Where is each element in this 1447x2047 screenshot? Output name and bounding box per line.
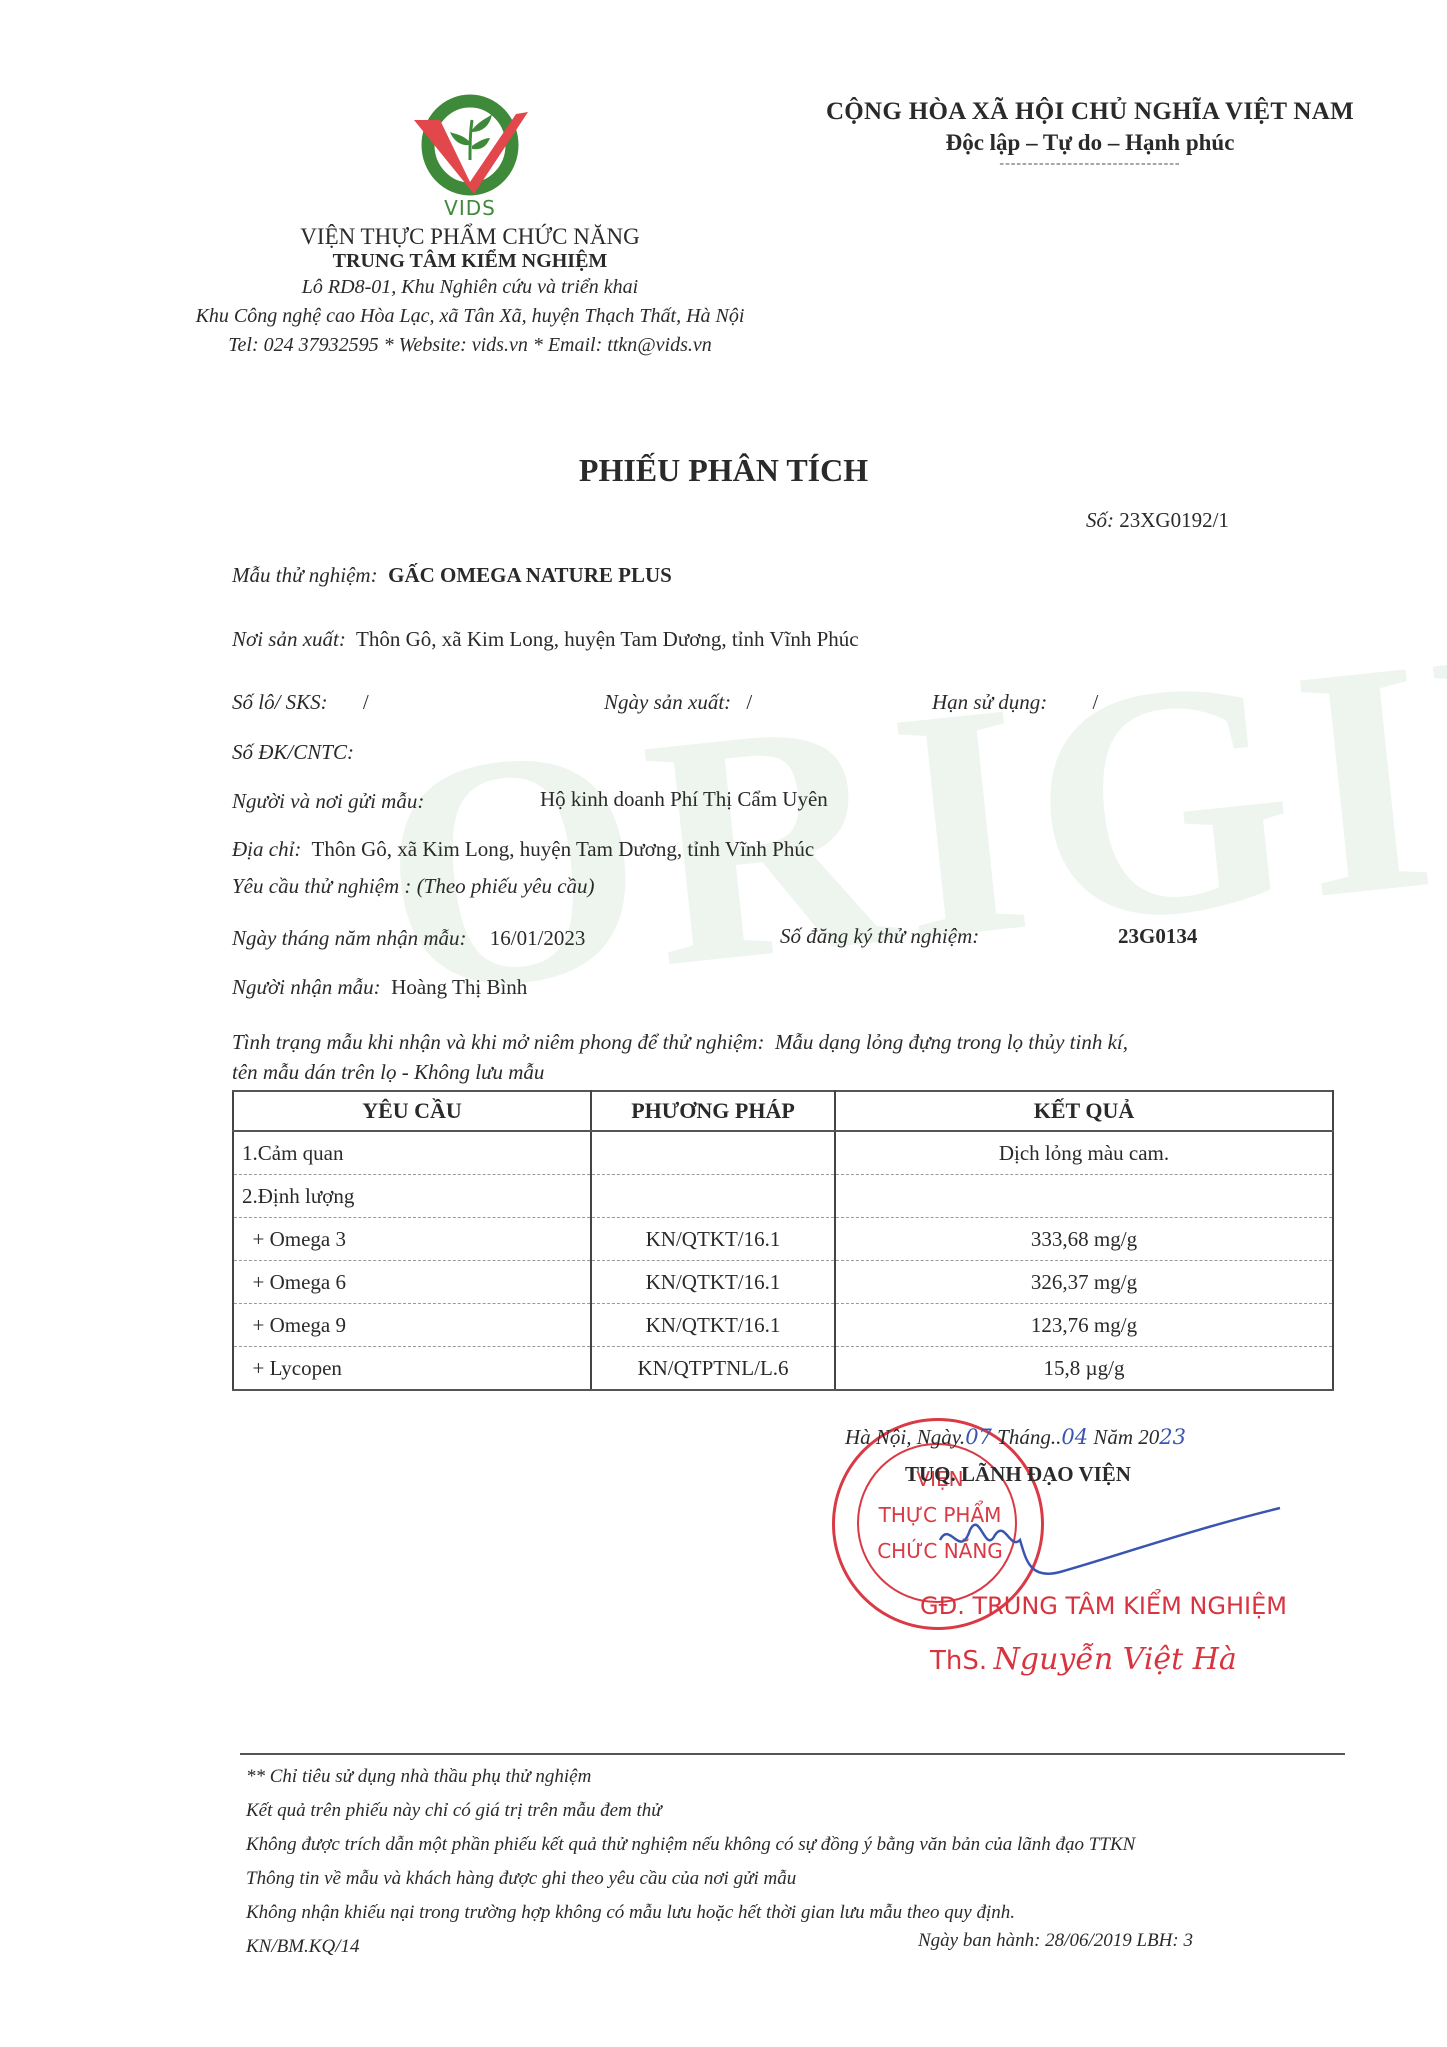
signer-title: ThS. (930, 1646, 987, 1676)
handwritten-signature-icon (930, 1500, 1290, 1590)
sender-value: Hộ kinh doanh Phí Thị Cẩm Uyên (540, 787, 828, 812)
receiver-field: Người nhận mẫu: Hoàng Thị Bình (232, 975, 527, 1000)
expiry-field: Hạn sử dụng: / (932, 690, 1098, 715)
mfg-date-label: Ngày sản xuất: (604, 690, 731, 714)
test-registration-label: Số đăng ký thử nghiệm: (780, 924, 979, 948)
method-cell: KN/QTKT/16.1 (591, 1218, 835, 1261)
address-field: Địa chỉ: Thôn Gô, xã Kim Long, huyện Tam… (232, 837, 814, 862)
footer-note-3: Không được trích dẫn một phần phiếu kết … (246, 1834, 1135, 1856)
result-cell: 333,68 mg/g (835, 1218, 1333, 1261)
method-cell (591, 1175, 835, 1218)
request-label: Yêu cầu thử nghiệm : (232, 874, 411, 898)
requirement-cell: 2.Định lượng (233, 1175, 591, 1218)
footer-note-4: Thông tin về mẫu và khách hàng được ghi … (246, 1868, 796, 1890)
table-row: 2.Định lượng (233, 1175, 1333, 1218)
address-label: Địa chỉ: (232, 837, 301, 861)
requirement-cell: + Lycopen (233, 1347, 591, 1391)
method-cell (591, 1131, 835, 1175)
origin-value: Thôn Gô, xã Kim Long, huyện Tam Dương, t… (356, 627, 859, 651)
sample-label: Mẫu thử nghiệm: (232, 563, 378, 587)
test-registration-value: 23G0134 (1118, 924, 1197, 949)
sample-value: GẤC OMEGA NATURE PLUS (388, 563, 672, 587)
issue-info: Ngày ban hành: 28/06/2019 LBH: 3 (918, 1930, 1193, 1952)
result-cell (835, 1175, 1333, 1218)
receiver-value: Hoàng Thị Bình (391, 975, 527, 999)
sample-condition-value-line2: tên mẫu dán trên lọ - Không lưu mẫu (232, 1060, 544, 1085)
motto-rule: -------------------------------- (770, 156, 1410, 172)
institute-name: VIỆN THỰC PHẨM CHỨC NĂNG (150, 224, 790, 250)
watermark-original: ORIGINAL (365, 508, 1447, 1072)
signer-position: GĐ. TRUNG TÂM KIỂM NGHIỆM (920, 1592, 1287, 1620)
month-label: Tháng.. (997, 1425, 1061, 1449)
lot-field: Số lô/ SKS: / (232, 690, 369, 715)
expiry-value: / (1093, 690, 1099, 714)
footer-note-2: Kết quả trên phiếu này chỉ có giá trị tr… (246, 1800, 662, 1822)
received-date-value: 16/01/2023 (490, 926, 586, 950)
vids-logo-icon (400, 90, 540, 200)
lot-value: / (363, 690, 369, 714)
national-header: CỘNG HÒA XÃ HỘI CHỦ NGHĨA VIỆT NAM Độc l… (770, 98, 1410, 172)
sample-condition-label: Tình trạng mẫu khi nhận và khi mở niêm p… (232, 1030, 764, 1054)
method-cell: KN/QTKT/16.1 (591, 1304, 835, 1347)
footer-note-5: Không nhận khiếu nại trong trường hợp kh… (246, 1902, 1015, 1924)
sender-field: Người và nơi gửi mẫu: (232, 789, 424, 814)
sample-field: Mẫu thử nghiệm: GẤC OMEGA NATURE PLUS (232, 563, 672, 588)
table-row: + Omega 3KN/QTKT/16.1333,68 mg/g (233, 1218, 1333, 1261)
origin-label: Nơi sản xuất: (232, 627, 346, 651)
contact-line: Tel: 024 37932595 * Website: vids.vn * E… (150, 331, 790, 360)
document-number-value: 23XG0192/1 (1119, 508, 1229, 532)
result-cell: 123,76 mg/g (835, 1304, 1333, 1347)
results-table: YÊU CẦU PHƯƠNG PHÁP KẾT QUẢ 1.Cảm quanDị… (232, 1090, 1334, 1391)
requirement-cell: 1.Cảm quan (233, 1131, 591, 1175)
expiry-label: Hạn sử dụng: (932, 690, 1047, 714)
mfg-date-value: / (746, 690, 752, 714)
signer-name-line: ThS. Nguyễn Việt Hà (930, 1642, 1237, 1677)
result-cell: 15,8 µg/g (835, 1347, 1333, 1391)
request-value: (Theo phiếu yêu cầu) (417, 874, 595, 898)
institute-header: VIDS VIỆN THỰC PHẨM CHỨC NĂNG TRUNG TÂM … (150, 90, 790, 360)
nation-name: CỘNG HÒA XÃ HỘI CHỦ NGHĨA VIỆT NAM (770, 98, 1410, 126)
method-cell: KN/QTKT/16.1 (591, 1261, 835, 1304)
center-name: TRUNG TÂM KIỂM NGHIỆM (150, 250, 790, 273)
header-requirement: YÊU CẦU (233, 1091, 591, 1131)
table-row: + Omega 9KN/QTKT/16.1123,76 mg/g (233, 1304, 1333, 1347)
table-row: + LycopenKN/QTPTNL/L.615,8 µg/g (233, 1347, 1333, 1391)
method-cell: KN/QTPTNL/L.6 (591, 1347, 835, 1391)
year-label: Năm 20 (1093, 1425, 1159, 1449)
document-number: Số: 23XG0192/1 (1086, 508, 1229, 533)
origin-field: Nơi sản xuất: Thôn Gô, xã Kim Long, huyệ… (232, 627, 859, 652)
requirement-cell: + Omega 9 (233, 1304, 591, 1347)
received-date-label: Ngày tháng năm nhận mẫu: (232, 926, 467, 950)
result-cell: Dịch lỏng màu cam. (835, 1131, 1333, 1175)
request-field: Yêu cầu thử nghiệm : (Theo phiếu yêu cầu… (232, 874, 595, 899)
footer-divider (240, 1753, 1345, 1755)
table-row: 1.Cảm quanDịch lỏng màu cam. (233, 1131, 1333, 1175)
address-line-2: Khu Công nghệ cao Hòa Lạc, xã Tân Xã, hu… (150, 302, 790, 331)
header-method: PHƯƠNG PHÁP (591, 1091, 835, 1131)
sample-condition-value: Mẫu dạng lỏng đựng trong lọ thủy tinh kí… (775, 1030, 1128, 1054)
test-registration-field: Số đăng ký thử nghiệm: (780, 924, 979, 949)
received-date-field: Ngày tháng năm nhận mẫu: 16/01/2023 (232, 926, 585, 951)
authority-line: TUQ. LÃNH ĐẠO VIỆN (905, 1462, 1131, 1487)
national-motto: Độc lập – Tự do – Hạnh phúc (770, 130, 1410, 156)
result-cell: 326,37 mg/g (835, 1261, 1333, 1304)
registration-label: Số ĐK/CNTC: (232, 740, 354, 764)
address-line-1: Lô RD8-01, Khu Nghiên cứu và triển khai (150, 273, 790, 302)
requirement-cell: + Omega 6 (233, 1261, 591, 1304)
place-date: Hà Nội, Ngày.07 Tháng..04 Năm 2023 (845, 1425, 1186, 1450)
mfg-date-field: Ngày sản xuất: / (604, 690, 752, 715)
table-row: + Omega 6KN/QTKT/16.1326,37 mg/g (233, 1261, 1333, 1304)
handwritten-month: 04 (1061, 1425, 1088, 1449)
table-header-row: YÊU CẦU PHƯƠNG PHÁP KẾT QUẢ (233, 1091, 1333, 1131)
handwritten-year: 23 (1159, 1425, 1186, 1449)
handwritten-day: 07 (965, 1425, 992, 1449)
address-value: Thôn Gô, xã Kim Long, huyện Tam Dương, t… (312, 837, 815, 861)
requirement-cell: + Omega 3 (233, 1218, 591, 1261)
form-code: KN/BM.KQ/14 (246, 1936, 359, 1958)
sample-condition-field: Tình trạng mẫu khi nhận và khi mở niêm p… (232, 1030, 1128, 1055)
header-result: KẾT QUẢ (835, 1091, 1333, 1131)
place-date-prefix: Hà Nội, Ngày. (845, 1425, 965, 1449)
footer-note-1: ** Chỉ tiêu sử dụng nhà thầu phụ thử ngh… (246, 1766, 591, 1788)
receiver-label: Người nhận mẫu: (232, 975, 381, 999)
lot-label: Số lô/ SKS: (232, 690, 328, 714)
document-number-label: Số: (1086, 508, 1114, 532)
registration-field: Số ĐK/CNTC: (232, 740, 354, 765)
signer-name: Nguyễn Việt Hà (994, 1642, 1237, 1677)
document-title: PHIẾU PHÂN TÍCH (0, 452, 1447, 489)
sender-label: Người và nơi gửi mẫu: (232, 789, 424, 813)
